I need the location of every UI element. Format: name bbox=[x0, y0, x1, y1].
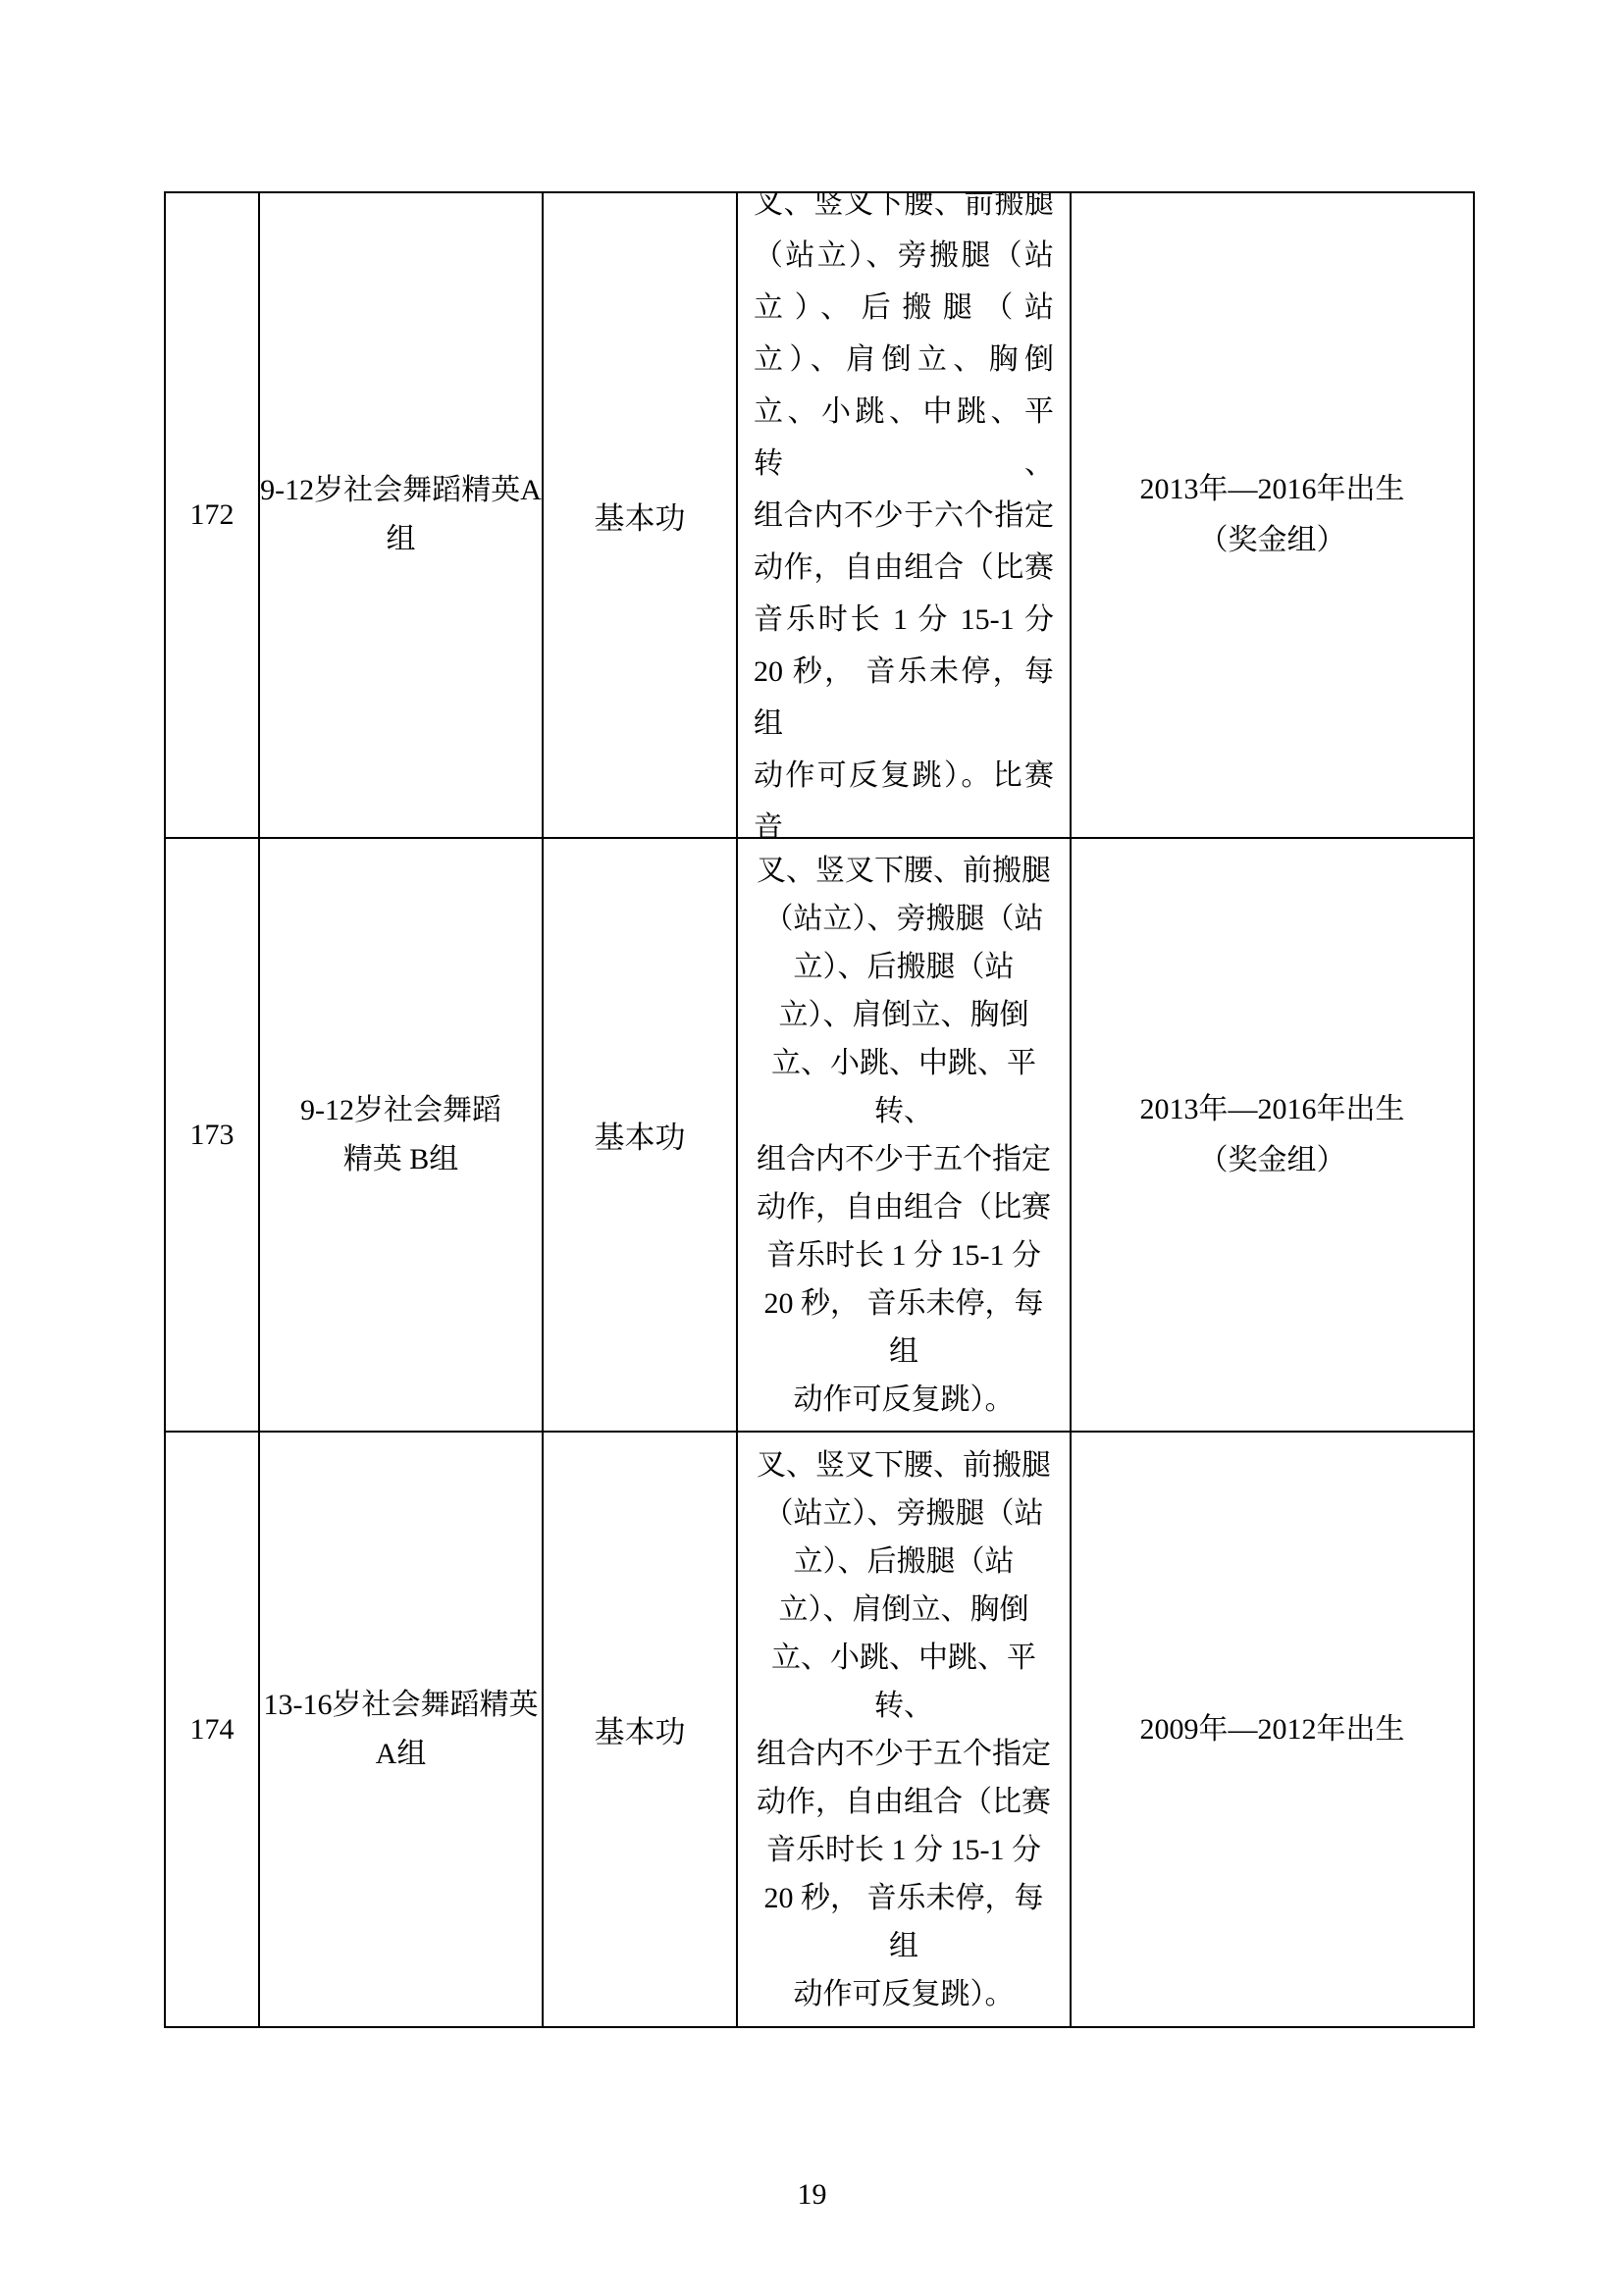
requirement-line: 组合内不少于五个指定 bbox=[754, 1730, 1054, 1778]
requirement-line: 立）、肩倒立、胸倒 bbox=[754, 991, 1054, 1039]
group-name-line: 13-16岁社会舞蹈精英 bbox=[260, 1681, 542, 1730]
requirement-line: （站立）、旁搬腿（站 bbox=[754, 230, 1054, 282]
group-name-line: A组 bbox=[260, 1730, 542, 1779]
competition-table: 1729-12岁社会舞蹈精英A组基本功指定动作：横叉、竖叉、竖叉下腰、前搬腿（站… bbox=[164, 191, 1475, 2028]
requirement-line: 立）、肩倒立、胸倒 bbox=[754, 334, 1054, 386]
birth-year-line: 2013年—2016年出生 bbox=[1072, 464, 1473, 515]
category-cell: 基本功 bbox=[544, 193, 738, 839]
document-page: 1729-12岁社会舞蹈精英A组基本功指定动作：横叉、竖叉、竖叉下腰、前搬腿（站… bbox=[0, 0, 1624, 2295]
requirement-line: 20 秒， 音乐未停，每组 bbox=[754, 646, 1054, 750]
birth-year-cell: 2013年—2016年出生（奖金组） bbox=[1072, 193, 1473, 839]
entry-number: 172 bbox=[190, 498, 235, 532]
requirement-line: 叉、竖叉下腰、前搬腿 bbox=[754, 193, 1054, 230]
requirements-cell: 指定动作：横叉、竖叉、竖叉下腰、前搬腿（站立）、旁搬腿（站立）、后搬腿（站立）、… bbox=[738, 1433, 1072, 2026]
requirement-line: 动作可反复跳）。 bbox=[754, 1376, 1054, 1424]
requirement-line: （站立）、旁搬腿（站 bbox=[754, 895, 1054, 943]
requirement-line: 立）、肩倒立、胸倒 bbox=[754, 1586, 1054, 1634]
requirement-line: 立、小跳、中跳、平转、 bbox=[754, 1634, 1054, 1730]
requirement-line: 音乐时长 1 分 15-1 分 bbox=[754, 594, 1054, 646]
entry-number: 173 bbox=[190, 1119, 235, 1152]
requirement-line: 20 秒， 音乐未停，每组 bbox=[754, 1279, 1054, 1376]
requirement-line: 动作可反复跳）。比赛音 bbox=[754, 750, 1054, 840]
requirement-line: 比赛音乐： 《破阵乐》 bbox=[754, 2018, 1054, 2027]
group-name-line: 9-12岁社会舞蹈精英A bbox=[260, 466, 542, 515]
requirement-line: 立）、后搬腿（站 bbox=[754, 282, 1054, 334]
group-name-cell: 13-16岁社会舞蹈精英A组 bbox=[260, 1433, 544, 2026]
requirements-cell: 指定动作：横叉、竖叉、竖叉下腰、前搬腿（站立）、旁搬腿（站立）、后搬腿（站立）、… bbox=[738, 839, 1072, 1433]
requirement-line: （站立）、旁搬腿（站 bbox=[754, 1489, 1054, 1538]
birth-year-cell: 2013年—2016年出生（奖金组） bbox=[1072, 839, 1473, 1433]
requirement-line: 动作，自由组合（比赛 bbox=[754, 542, 1054, 594]
requirement-line: 动作可反复跳）。 bbox=[754, 1970, 1054, 2018]
birth-year-line: 2013年—2016年出生 bbox=[1072, 1084, 1473, 1135]
requirement-line: 指定动作：横叉、竖 bbox=[754, 1433, 1054, 1441]
requirement-line: 组合内不少于六个指定 bbox=[754, 490, 1054, 542]
requirement-line: 立、小跳、中跳、平转、 bbox=[754, 386, 1054, 490]
page-number: 19 bbox=[0, 2178, 1624, 2212]
requirement-line: 立）、后搬腿（站 bbox=[754, 1538, 1054, 1586]
birth-year-line: （奖金组） bbox=[1072, 515, 1473, 566]
group-name-cell: 9-12岁社会舞蹈精英 B组 bbox=[260, 839, 544, 1433]
requirement-line: 音乐时长 1 分 15-1 分 bbox=[754, 1231, 1054, 1279]
category-label: 基本功 bbox=[595, 1113, 686, 1157]
entry-number-cell: 173 bbox=[166, 839, 260, 1433]
requirement-line: 音乐时长 1 分 15-1 分 bbox=[754, 1826, 1054, 1874]
birth-year-line: 2009年—2012年出生 bbox=[1072, 1704, 1473, 1755]
group-name-line: 9-12岁社会舞蹈 bbox=[260, 1086, 542, 1135]
requirement-line: 动作，自由组合（比赛 bbox=[754, 1778, 1054, 1826]
requirement-line: 立）、后搬腿（站 bbox=[754, 943, 1054, 991]
requirement-line: 立、小跳、中跳、平转、 bbox=[754, 1039, 1054, 1135]
requirements-cell: 指定动作：横叉、竖叉、竖叉下腰、前搬腿（站立）、旁搬腿（站立）、后搬腿（站立）、… bbox=[738, 193, 1072, 839]
category-cell: 基本功 bbox=[544, 839, 738, 1433]
requirement-line: 指定动作：横叉、竖 bbox=[754, 839, 1054, 847]
category-label: 基本功 bbox=[595, 1707, 686, 1751]
entry-number-cell: 174 bbox=[166, 1433, 260, 2026]
category-label: 基本功 bbox=[595, 494, 686, 538]
requirement-line: 叉、竖叉下腰、前搬腿 bbox=[754, 1441, 1054, 1489]
requirement-line: 比赛音乐： 《破阵乐》 bbox=[754, 1424, 1054, 1434]
requirement-line: 组合内不少于五个指定 bbox=[754, 1135, 1054, 1183]
group-name-cell: 9-12岁社会舞蹈精英A组 bbox=[260, 193, 544, 839]
group-name-line: 精英 B组 bbox=[260, 1135, 542, 1184]
birth-year-cell: 2009年—2012年出生 bbox=[1072, 1433, 1473, 2026]
entry-number: 174 bbox=[190, 1713, 235, 1747]
requirement-line: 叉、竖叉下腰、前搬腿 bbox=[754, 847, 1054, 895]
group-name-line: 组 bbox=[260, 515, 542, 564]
requirement-line: 动作，自由组合（比赛 bbox=[754, 1183, 1054, 1231]
birth-year-line: （奖金组） bbox=[1072, 1135, 1473, 1186]
requirement-line: 20 秒， 音乐未停，每组 bbox=[754, 1874, 1054, 1970]
category-cell: 基本功 bbox=[544, 1433, 738, 2026]
entry-number-cell: 172 bbox=[166, 193, 260, 839]
